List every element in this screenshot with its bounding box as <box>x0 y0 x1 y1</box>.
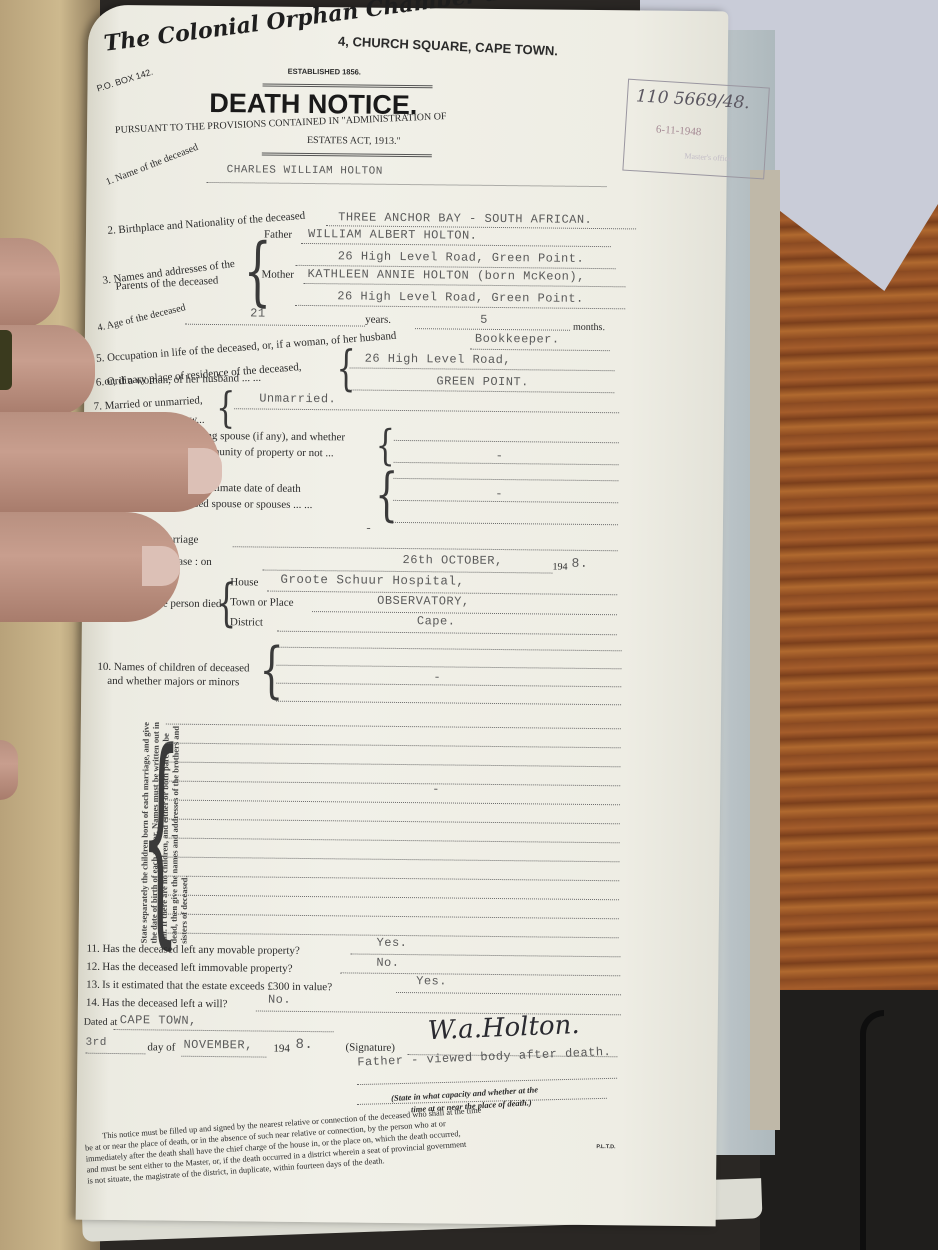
value-birthplace[interactable]: THREE ANCHOR BAY - SOUTH AFRICAN. <box>338 210 592 227</box>
value-residence-2[interactable]: GREEN POINT. <box>436 374 529 389</box>
value-name[interactable]: CHARLES WILLIAM HOLTON <box>227 164 383 178</box>
value-age-years[interactable]: 21 <box>250 306 266 320</box>
value-occupation[interactable]: Bookkeeper. <box>475 332 560 347</box>
siblings-line <box>165 762 620 768</box>
value-married[interactable]: Unmarried. <box>259 391 336 406</box>
question-label: Is it estimated that the estate exceeds … <box>102 979 332 993</box>
siblings-line <box>164 914 619 920</box>
label-residence-2: or, if a woman, of her husband ... ... <box>104 372 261 388</box>
predeceased-line-2 <box>393 500 618 503</box>
label-name: 1. Name of the deceased <box>104 142 199 188</box>
value-day[interactable]: 3rd <box>85 1037 106 1049</box>
underlying-sheet-edge <box>750 170 780 1130</box>
label-years: years. <box>365 314 391 326</box>
question-number: 13. <box>86 979 100 991</box>
finger-ring <box>0 330 12 390</box>
label-father: Father <box>264 229 292 241</box>
value-siblings[interactable]: - <box>432 782 440 796</box>
label-age: 4. Age of the deceased <box>96 302 186 334</box>
label-signature: (Signature) <box>345 1041 395 1054</box>
question-number: 14. <box>86 997 100 1009</box>
closing-year-prefix: 194 <box>273 1043 290 1055</box>
siblings-line <box>166 743 621 749</box>
label-mother: Mother <box>262 269 295 281</box>
label-married-1: 7. Married or unmarried, <box>93 394 203 412</box>
header-rule-2 <box>262 153 432 158</box>
children-brace: { <box>259 635 284 706</box>
siblings-line <box>166 724 621 730</box>
po-box: P.O. BOX 142. <box>95 67 154 94</box>
predeceased-line-3 <box>393 522 618 525</box>
occupation-line <box>470 349 610 351</box>
signature[interactable]: W.a.Holton. <box>427 1010 580 1046</box>
town-line <box>312 611 617 615</box>
children-line-1 <box>277 647 622 652</box>
registry-stamp: 110 5669/48. 6-11-1948 Master's office <box>622 79 769 180</box>
subtitle-line-2: ESTATES ACT, 1913." <box>307 135 401 147</box>
siblings-line <box>165 838 620 844</box>
value-father-name[interactable]: WILLIAM ALBERT HOLTON. <box>308 227 478 243</box>
value-capacity[interactable]: Father - viewed body after death. <box>357 1045 612 1070</box>
question-number: 12. <box>86 961 100 973</box>
day-line <box>85 1053 145 1055</box>
answer-will[interactable]: No. <box>268 993 291 1007</box>
siblings-line <box>165 819 620 825</box>
label-children-2: and whether majors or minors <box>107 675 239 688</box>
value-house[interactable]: Groote Schuur Hospital, <box>280 573 464 589</box>
stamp-number: 110 5669/48. <box>635 86 750 113</box>
value-month[interactable]: NOVEMBER, <box>183 1038 252 1053</box>
answer-line <box>340 972 620 976</box>
dark-floor <box>760 990 938 1250</box>
children-line-2 <box>276 665 621 670</box>
spouse-line-2 <box>394 462 619 465</box>
residence-line-2 <box>349 389 614 393</box>
value-residence-1[interactable]: 26 High Level Road, <box>365 352 511 368</box>
siblings-line <box>165 781 620 787</box>
hand-edge <box>0 740 18 800</box>
capacity-line <box>357 1078 617 1085</box>
answer-line <box>396 992 621 995</box>
children-line-4 <box>276 701 621 706</box>
value-date-of-death[interactable]: 26th OCTOBER, <box>403 553 503 568</box>
month-line <box>181 1056 266 1058</box>
value-children[interactable]: - <box>433 670 441 684</box>
value-mother-name[interactable]: KATHLEEN ANNIE HOLTON (born McKeon), <box>307 267 584 284</box>
thumbnail <box>142 546 180 586</box>
children-line-3 <box>276 683 621 688</box>
answer-immovable[interactable]: No. <box>376 956 399 970</box>
value-last-marriage[interactable]: - <box>365 522 373 536</box>
label-day-of: day of <box>147 1041 175 1053</box>
printer-mark: P.L.T.D. <box>596 1144 615 1150</box>
wooden-table <box>760 180 938 995</box>
label-house: House <box>230 576 258 588</box>
value-predeceased[interactable]: - <box>495 487 503 501</box>
label-months: months. <box>573 322 605 333</box>
value-age-months[interactable]: 5 <box>480 313 488 327</box>
district-line <box>277 631 617 636</box>
dated-at-line <box>114 1029 334 1032</box>
answer-estate-value[interactable]: Yes. <box>416 974 447 988</box>
stamp-faint-text: Master's office <box>684 151 732 163</box>
answer-movable[interactable]: Yes. <box>376 936 407 950</box>
stamp-date: 6-11-1948 <box>656 124 702 139</box>
predeceased-brace: { <box>375 463 399 529</box>
value-date-of-death-year[interactable]: 8. <box>571 556 588 571</box>
value-mother-address[interactable]: 26 High Level Road, Green Point. <box>337 289 584 306</box>
value-town[interactable]: OBSERVATORY, <box>377 594 470 609</box>
hand-finger-ring <box>0 325 95 415</box>
question-label: Has the deceased left any movable proper… <box>102 943 299 957</box>
siblings-line <box>164 895 619 901</box>
siblings-line <box>165 800 620 806</box>
age-months-line <box>415 328 570 331</box>
company-address: 4, CHURCH SQUARE, CAPE TOWN. <box>338 33 559 58</box>
siblings-line <box>164 876 619 882</box>
predeceased-line-1 <box>393 478 618 481</box>
spouse-line-1 <box>394 440 619 443</box>
value-father-address[interactable]: 26 High Level Road, Green Point. <box>338 249 585 266</box>
fingernail <box>188 448 222 494</box>
name-line <box>207 182 607 187</box>
established: ESTABLISHED 1856. <box>288 67 361 77</box>
label-district: District <box>230 616 263 628</box>
cable <box>860 1010 884 1250</box>
siblings-line <box>164 857 619 863</box>
age-years-line <box>185 324 365 327</box>
label-town: Town or Place <box>230 596 294 609</box>
married-brace: { <box>216 384 236 433</box>
value-dated-at[interactable]: CAPE TOWN, <box>120 1013 197 1028</box>
label-children-1: 10. Names of children of deceased <box>97 661 249 675</box>
header-rule <box>263 84 433 89</box>
value-closing-year[interactable]: 8. <box>295 1037 313 1053</box>
value-spouse[interactable]: - <box>496 449 504 463</box>
question-label: Has the deceased left a will? <box>102 997 228 1010</box>
last-marriage-line <box>233 546 618 551</box>
value-district[interactable]: Cape. <box>417 614 456 628</box>
hand-finger-index <box>0 412 220 512</box>
residence-line-1 <box>350 367 615 371</box>
label-dated-at: Dated at <box>84 1017 118 1028</box>
married-line <box>234 408 619 413</box>
question-label: Has the deceased left immovable property… <box>102 961 292 975</box>
question-number: 11. <box>86 943 99 955</box>
father-line <box>301 243 611 247</box>
death-notice-page: The Colonial Orphan Chamber and Trust Co… <box>76 5 729 1227</box>
date-of-death-year-prefix: 194 <box>552 562 567 573</box>
